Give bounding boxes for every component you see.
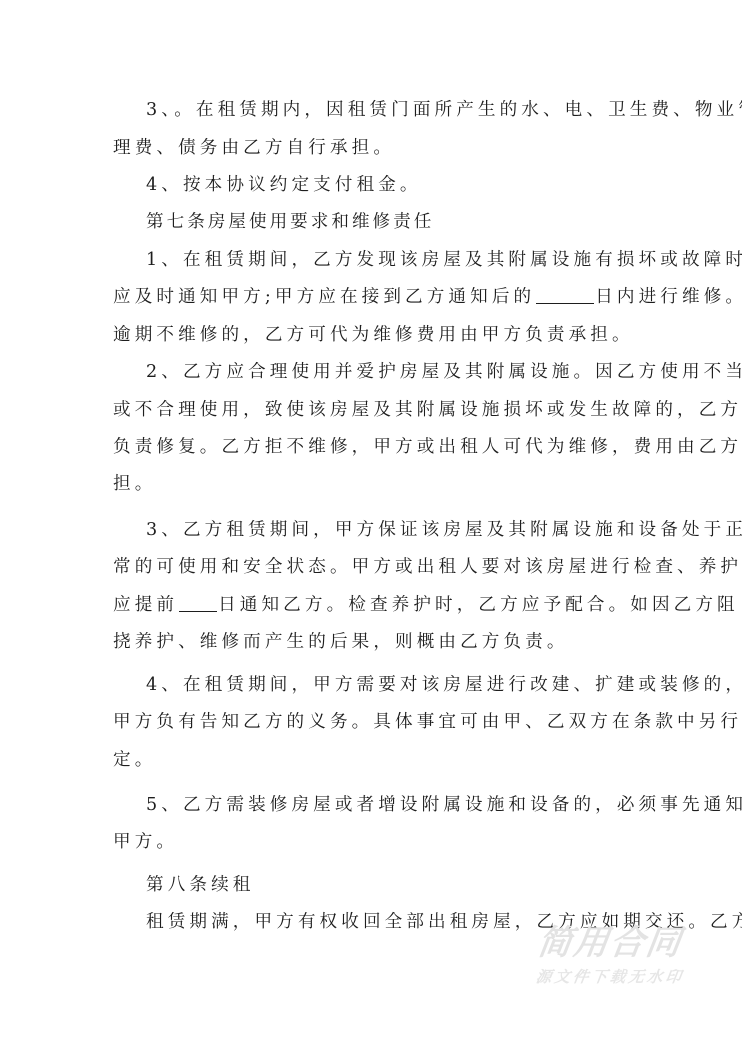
section-heading-7: 第七条房屋使用要求和维修责任 — [146, 207, 636, 237]
paragraph-line: 3、乙方租赁期间，甲方保证该房屋及其附属设施和设备处于正 — [146, 515, 636, 545]
paragraph-line: 挠养护、维修而产生的后果，则概由乙方负责。 — [113, 627, 633, 657]
paragraph-line: 常的可使用和安全状态。甲方或出租人要对该房屋进行检查、养护的， — [113, 552, 633, 582]
line-text-after: 日内进行维修。 — [595, 287, 742, 307]
paragraph-line: 2、乙方应合理使用并爱护房屋及其附属设施。因乙方使用不当 — [146, 357, 636, 387]
paragraph-line: 5、乙方需装修房屋或者增设附属设施和设备的，必须事先通知 — [146, 790, 636, 820]
paragraph-line: 理费、债务由乙方自行承担。 — [113, 133, 633, 163]
document-page: 3、。在租赁期内，因租赁门面所产生的水、电、卫生费、物业管 理费、债务由乙方自行… — [0, 0, 742, 1049]
fill-in-blank-days — [179, 593, 217, 612]
paragraph-line: 担。 — [113, 469, 633, 499]
line-text-before: 应提前 — [113, 595, 178, 615]
paragraph-line: 应提前日通知乙方。检查养护时，乙方应予配合。如因乙方阻 — [113, 590, 633, 620]
paragraph-line: 4、按本协议约定支付租金。 — [146, 170, 636, 200]
fill-in-blank-days — [536, 285, 594, 304]
paragraph-line: 甲方。 — [113, 827, 633, 857]
line-text-after: 日通知乙方。检查养护时，乙方应予配合。如因乙方阻 — [218, 595, 739, 615]
paragraph-line: 4、在租赁期间，甲方需要对该房屋进行改建、扩建或装修的， — [146, 670, 636, 700]
paragraph-line: 逾期不维修的，乙方可代为维修费用由甲方负责承担。 — [113, 320, 633, 350]
section-heading-8: 第八条续租 — [146, 870, 636, 900]
paragraph-line: 3、。在租赁期内，因租赁门面所产生的水、电、卫生费、物业管 — [146, 95, 636, 125]
line-text-before: 应及时通知甲方;甲方应在接到乙方通知后的 — [113, 287, 535, 307]
paragraph-line: 或不合理使用，致使该房屋及其附属设施损坏或发生故障的，乙方应 — [113, 395, 633, 425]
paragraph-line: 1、在租赁期间，乙方发现该房屋及其附属设施有损坏或故障时， — [146, 245, 636, 275]
paragraph-line: 定。 — [113, 745, 633, 775]
paragraph-line: 应及时通知甲方;甲方应在接到乙方通知后的日内进行维修。 — [113, 282, 633, 312]
paragraph-line: 负责修复。乙方拒不维修，甲方或出租人可代为维修，费用由乙方承 — [113, 432, 633, 462]
watermark-sub-text: 源文件下载无水印 — [508, 966, 711, 988]
paragraph-line: 租赁期满，甲方有权收回全部出租房屋，乙方应如期交还。乙方 — [146, 907, 636, 937]
paragraph-line: 甲方负有告知乙方的义务。具体事宜可由甲、乙双方在条款中另行商 — [113, 707, 633, 737]
